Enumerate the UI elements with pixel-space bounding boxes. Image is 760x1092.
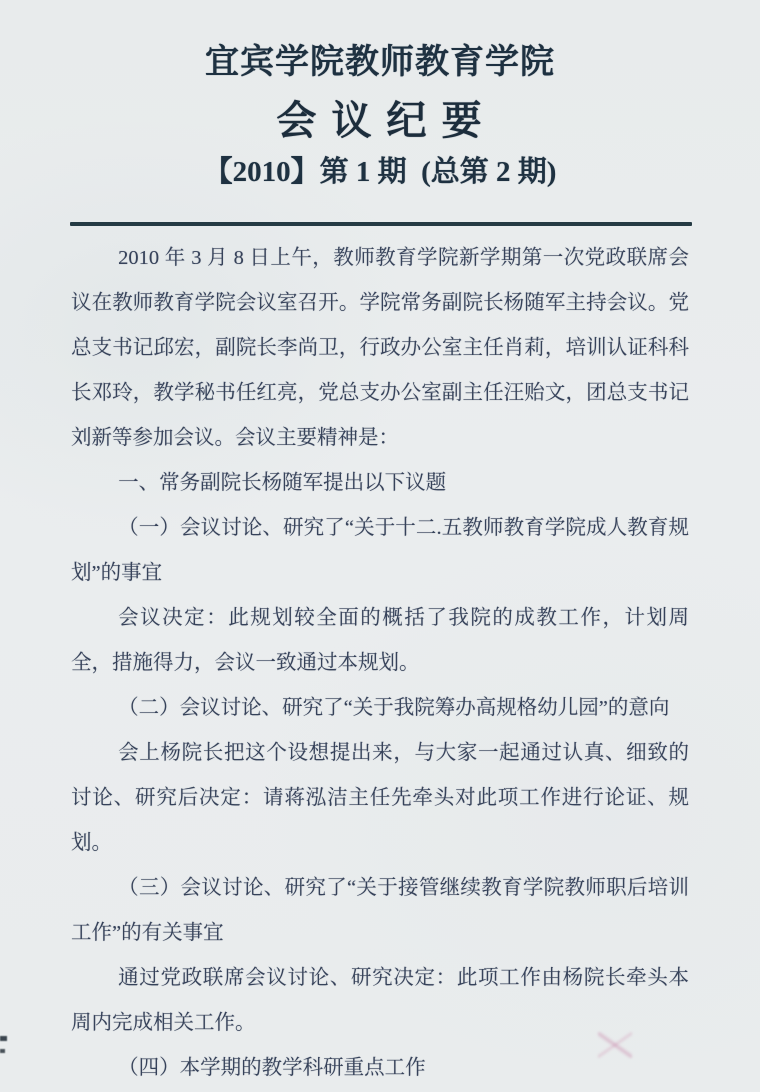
body-paragraph: 一、常务副院长杨随军提出以下议题	[71, 461, 689, 506]
scan-edge-fleck	[0, 1049, 5, 1053]
body-paragraph: 会上杨院长把这个设想提出来，与大家一起通过认真、细致的讨论、研究后决定：请蒋泓洁…	[71, 731, 689, 866]
document-header: 宜宾学院教师教育学院 会 议 纪 要 【2010】第 1 期 (总第 2 期)	[0, 0, 760, 190]
document-body: 2010 年 3 月 8 日上午，教师教育学院新学期第一次党政联席会议在教师教育…	[71, 236, 689, 1091]
body-paragraph: （一）会议讨论、研究了“关于十二.五教师教育学院成人教育规划”的事宜	[71, 506, 689, 596]
body-paragraph: （四）本学期的教学科研重点工作	[71, 1046, 689, 1091]
organization-title: 宜宾学院教师教育学院	[0, 42, 760, 82]
scanned-document-page: 宜宾学院教师教育学院 会 议 纪 要 【2010】第 1 期 (总第 2 期) …	[0, 0, 760, 1092]
body-paragraph: （二）会议讨论、研究了“关于我院筹办高规格幼儿园”的意向	[71, 686, 689, 731]
body-paragraph: 2010 年 3 月 8 日上午，教师教育学院新学期第一次党政联席会议在教师教育…	[71, 236, 689, 461]
body-paragraph: 会议决定：此规划较全面的概括了我院的成教工作，计划周全，措施得力，会议一致通过本…	[71, 596, 689, 686]
issue-number-line: 【2010】第 1 期 (总第 2 期)	[0, 154, 760, 190]
body-paragraph: （三）会议讨论、研究了“关于接管继续教育学院教师职后培训工作”的有关事宜	[71, 866, 689, 956]
body-paragraph: 通过党政联席会议讨论、研究决定：此项工作由杨院长牵头本周内完成相关工作。	[71, 956, 689, 1046]
document-title: 会 议 纪 要	[0, 98, 760, 144]
scan-edge-fleck	[0, 1036, 7, 1041]
header-divider-rule	[70, 222, 692, 226]
